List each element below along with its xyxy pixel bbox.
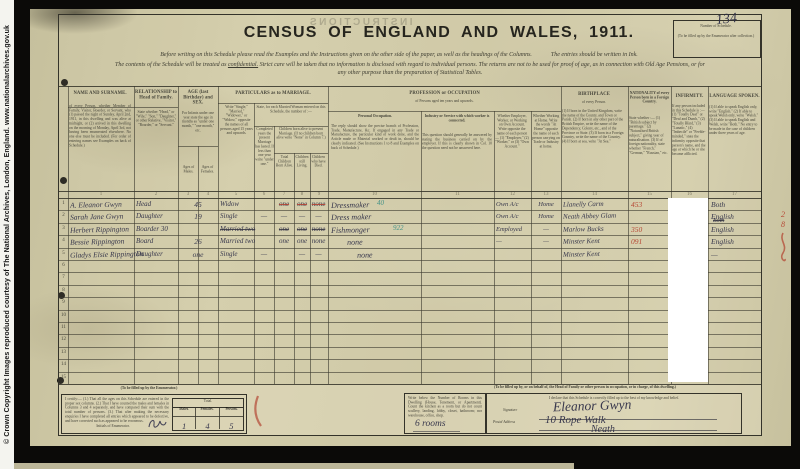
grid-row-line — [59, 372, 761, 373]
totals-val-males: 1 — [182, 421, 186, 431]
row-number: 6 — [59, 263, 68, 268]
grid-hline — [218, 103, 328, 104]
col-header-inf_note: If any person included in this Schedule … — [672, 104, 707, 189]
schedule-number-sublabel: (To be filled up by the Enumerator after… — [676, 34, 756, 38]
row-number: 8 — [59, 288, 68, 293]
cell-years: — — [255, 249, 273, 260]
totals-col-females: Females. — [196, 407, 218, 411]
paper-bottom-edge — [14, 463, 574, 469]
col-header-occ_personal_title: Personal Occupation. — [331, 114, 419, 123]
col-header-text: PROFESSION or OCCUPATION — [329, 90, 560, 95]
cell-occupation: Fishmonger — [331, 223, 423, 236]
row-number: 13 — [59, 350, 68, 355]
cell-age: 26 — [179, 236, 217, 247]
cell-born: one — [275, 199, 293, 210]
grid-row-line — [59, 260, 761, 261]
cell-name: Bessie Rippington — [70, 235, 134, 247]
col-header-text: LANGUAGE SPOKEN. — [709, 93, 760, 98]
col-header-text: The reply should show the precise branch… — [331, 124, 419, 150]
cell-died: none — [310, 224, 327, 235]
cell-birthplace: Neath Abbey Glam — [563, 211, 629, 223]
confidential-word: confidential. — [228, 62, 258, 68]
col-header-text: For Infants under one year state the age… — [179, 111, 217, 133]
col-header-text: Whether Working at Home. Write the words… — [532, 114, 560, 149]
col-header-nat_title: NATIONALITY of every Person born in a Fo… — [629, 91, 670, 115]
grid-row-line — [59, 285, 761, 286]
column-number: 17 — [730, 192, 740, 197]
col-header-text: (1) If able to speak English only, write… — [709, 105, 760, 136]
cell-birthplace: Marlow Bucks — [563, 223, 629, 235]
col-header-lang_note: (1) If able to speak English only, write… — [709, 105, 760, 189]
row-number: 7 — [59, 275, 68, 280]
cell-born: — — [275, 211, 293, 222]
column-number: 15 — [645, 192, 655, 197]
col-header-text: (1) If born in the United Kingdom, write… — [562, 109, 626, 144]
cell-marital: Married two — [220, 236, 264, 247]
cell-living: — — [295, 249, 309, 260]
cell-birthplace-code: 350 — [631, 224, 642, 235]
col-header-rel_note: State whether "Head," or "Wife," "Son," … — [135, 110, 177, 189]
col-header-text: AGE (last Birthday) and SEX. — [179, 89, 217, 105]
instruction-read: Before writing on this Schedule please r… — [160, 52, 532, 58]
totals-col-persons: Persons. — [220, 407, 243, 411]
col-header-text: Children born alive to present Marriage.… — [275, 127, 327, 140]
grid-row-line — [59, 359, 761, 360]
col-header-occ_industry_title: Industry or Service with which worker is… — [422, 114, 492, 132]
col-header-text: Ages of Females. — [198, 165, 217, 174]
grid-hline — [178, 146, 218, 147]
col-header-text: This question should generally be answer… — [422, 133, 492, 150]
cell-birthplace: Minster Kent — [563, 235, 629, 247]
column-number: 14 — [590, 192, 600, 197]
signature-value: Eleanor Gwyn — [553, 399, 632, 413]
col-header-birth_sub: of every Person. — [562, 100, 626, 108]
column-number: 9 — [314, 192, 324, 197]
column-number: 13 — [541, 192, 551, 197]
redaction-box — [668, 198, 708, 382]
col-header-occ_sub: of Persons aged ten years and upwards. — [329, 99, 560, 109]
column-number: 8 — [297, 192, 307, 197]
rooms-box: Write below the Number of Rooms in this … — [404, 393, 486, 434]
row-number: 11 — [59, 325, 68, 330]
rooms-value: 6 rooms — [413, 419, 460, 432]
cell-language: — — [711, 249, 759, 260]
totals-col-males: Males. — [173, 407, 195, 411]
cell-living: one — [295, 236, 309, 247]
row-number: 4 — [59, 238, 68, 243]
col-header-text: of Persons aged ten years and upwards. — [329, 99, 560, 103]
cell-employer: Own A/c — [496, 199, 530, 210]
cell-age: 19 — [179, 211, 217, 222]
col-header-birth_note: (1) If born in the United Kingdom, write… — [562, 109, 626, 189]
signature-label: Signature — [503, 408, 543, 412]
cell-living: one — [295, 199, 309, 210]
cell-occupation: Dress maker — [331, 210, 423, 223]
cell-born: one — [275, 224, 293, 235]
col-header-text: If any person included in this Schedule … — [672, 104, 707, 156]
grid-hline — [59, 191, 761, 192]
cell-language: English — [711, 224, 759, 235]
col-header-lang_title: LANGUAGE SPOKEN. — [709, 93, 760, 104]
cell-at_home: Home — [532, 199, 560, 210]
red-check-mark — [249, 394, 267, 430]
cell-employer: Own A/c — [496, 211, 530, 222]
cell-name: Herbert Rippington — [70, 223, 134, 235]
address-line — [539, 430, 717, 431]
instruction-line-2: The contents of the Schedule will be tre… — [115, 62, 705, 78]
col-header-age_note: For Infants under one year state the age… — [179, 111, 217, 145]
row-number: 3 — [59, 226, 68, 231]
row-number: 2 — [59, 213, 68, 218]
cell-age: 45 — [179, 199, 217, 210]
column-number: 2 — [151, 192, 161, 197]
cell-occupation: none — [331, 235, 439, 248]
totals-val-persons: 5 — [229, 421, 233, 431]
cell-employer: Employed — [496, 224, 530, 235]
column-number: 12 — [508, 192, 518, 197]
col-header-text: BIRTHPLACE — [562, 91, 626, 96]
col-header-age_m: Ages of Males. — [179, 165, 198, 190]
col-header-occ_home: Whether Working at Home. Write the words… — [532, 114, 560, 189]
col-header-rel_title: RELATIONSHIP to Head of Family. — [135, 89, 177, 109]
cell-relationship: Board — [136, 236, 182, 247]
column-number: 16 — [685, 192, 695, 197]
grid-hline — [328, 111, 561, 112]
col-header-text: State whether :— (1) "British subject by… — [629, 116, 670, 155]
cell-died: none — [310, 236, 327, 247]
row-number: 10 — [59, 313, 68, 318]
row-number: 15 — [59, 375, 68, 380]
cell-name: A. Eleanor Gwyn — [70, 198, 134, 210]
totals-val-females: 4 — [205, 421, 209, 431]
cell-at_home: — — [532, 236, 560, 247]
col-header-text: NAME AND SURNAME. — [69, 90, 131, 95]
cell-relationship: Daughter — [136, 249, 182, 260]
census-form: INSTRUCTIONS CENSUS OF ENGLAND AND WALES… — [58, 14, 762, 436]
cell-relationship: Daughter — [136, 211, 182, 222]
col-header-text: NATIONALITY of every Person born in a Fo… — [629, 91, 670, 104]
cell-name: Sarah Jane Gwyn — [70, 211, 134, 223]
row-number: 12 — [59, 337, 68, 342]
grid-hline — [274, 153, 328, 154]
grid-row-line — [59, 334, 761, 335]
cell-at_home: Home — [532, 211, 560, 222]
cell-occupation: none — [331, 247, 449, 261]
cell-name: Gladys Elsie Rippington — [70, 248, 134, 260]
column-number: 1 — [96, 192, 106, 197]
cell-died: — — [310, 211, 327, 222]
head-declaration-heading: (To be filled up by, or on behalf of, th… — [409, 385, 761, 389]
col-header-marr_years: Completed years the present Marriage has… — [255, 127, 274, 189]
margin-mark-2: 8 — [781, 219, 785, 230]
col-header-marr_children: Children born alive to present Marriage.… — [275, 127, 327, 153]
col-header-text: PARTICULARS as to MARRIAGE. — [219, 90, 327, 95]
grid-row-line — [59, 347, 761, 348]
cell-living: one — [295, 224, 309, 235]
col-header-text: Children who have Died. — [310, 155, 327, 168]
col-header-text: Write "Single," "Married," "Widower," or… — [220, 105, 253, 136]
cell-marital: Married two — [220, 224, 264, 235]
declaration-box: I declare that this Schedule is correctl… — [486, 393, 742, 434]
cell-died: — — [310, 249, 327, 260]
cell-language: Both — [711, 199, 759, 210]
col-header-text: State, for each Married Woman entered on… — [255, 105, 327, 114]
column-number: 7 — [279, 192, 289, 197]
col-header-died: Children who have Died. — [310, 155, 327, 189]
col-header-nat_note: State whether :— (1) "British subject by… — [629, 116, 670, 189]
grid-row-line — [59, 272, 761, 273]
cell-living: — — [295, 211, 309, 222]
cell-years: — — [255, 211, 273, 222]
rooms-note: Write below the Number of Rooms in this … — [408, 396, 482, 418]
col-header-text: Whether Employer, Worker, or Working on … — [495, 114, 529, 149]
page-title: CENSUS OF ENGLAND AND WALES, 1911. — [199, 24, 679, 42]
cell-died: none — [310, 199, 327, 210]
confidential-post: Strict care will be taken that no inform… — [258, 62, 705, 76]
col-header-text: Total Children Born Alive. — [275, 155, 294, 168]
col-header-occ_employer: Whether Employer, Worker, or Working on … — [495, 114, 529, 189]
totals-label: Total. — [173, 399, 243, 403]
col-header-birth_title: BIRTHPLACE — [562, 91, 626, 100]
cell-at_home: — — [532, 224, 560, 235]
column-number: 6 — [259, 192, 269, 197]
schedule-number-value: 134 — [715, 13, 737, 26]
col-header-text: Industry or Service with which worker is… — [422, 114, 492, 123]
col-header-text: State whether "Head," or "Wife," "Son," … — [135, 110, 177, 127]
enumerator-initials-scribble — [148, 417, 168, 431]
margin-red-squiggle — [777, 231, 791, 265]
cell-marital: Widow — [220, 199, 264, 210]
cell-relationship: Head — [136, 199, 182, 210]
col-header-inf_title: INFIRMITY. — [672, 93, 707, 103]
confidential-pre: The contents of the Schedule will be tre… — [115, 62, 228, 68]
cell-language: English — [711, 236, 759, 247]
col-header-age_title: AGE (last Birthday) and SEX. — [179, 89, 217, 111]
row-number: 14 — [59, 362, 68, 367]
col-header-text: Personal Occupation. — [331, 114, 419, 118]
col-header-text: of every Person, whether Member of Famil… — [69, 104, 131, 148]
grid-row-line — [59, 322, 761, 323]
address-value-2: Neath — [591, 424, 615, 435]
instruction-line-1: Before writing on this Schedule please r… — [79, 52, 719, 58]
col-header-occ_personal_note: The reply should show the precise branch… — [331, 124, 419, 189]
instruction-ink: The entries should be written in Ink. — [551, 52, 638, 58]
col-header-text: INFIRMITY. — [672, 93, 707, 98]
cell-birthplace: Minster Kent — [563, 248, 629, 260]
cell-relationship: Boarder 30 — [136, 224, 182, 235]
row-number: 1 — [59, 201, 68, 206]
cell-occ-code: 40 — [377, 198, 384, 209]
cell-age: one — [179, 249, 217, 260]
col-header-text: RELATIONSHIP to Head of Family. — [135, 89, 177, 99]
copyright-text: © Crown Copyright Images reproduced cour… — [1, 0, 14, 469]
col-header-age_f: Ages of Females. — [198, 165, 217, 190]
col-header-born: Total Children Born Alive. — [275, 155, 294, 189]
cell-birthplace-code: 453 — [631, 199, 642, 210]
column-number: 11 — [453, 192, 463, 197]
cell-occ-code: 922 — [393, 223, 404, 234]
totals-table: Total. Males. Females. Persons. 1 4 5 — [172, 398, 244, 431]
col-header-text: of every Person. — [562, 100, 626, 104]
column-number: 5 — [231, 192, 241, 197]
col-header-text: Children still Living. — [295, 155, 309, 168]
row-number: 9 — [59, 300, 68, 305]
grid-row-line — [59, 297, 761, 298]
enumerator-initials-label: Initials of Enumerator. — [80, 424, 146, 428]
col-header-marr_title: PARTICULARS as to MARRIAGE. — [219, 90, 327, 102]
col-header-text: Ages of Males. — [179, 165, 198, 174]
column-number: 3 — [183, 192, 193, 197]
copyright-strip: © Crown Copyright Images reproduced cour… — [0, 0, 14, 469]
census-scan: © Crown Copyright Images reproduced cour… — [0, 0, 800, 469]
col-header-marr_note: State, for each Married Woman entered on… — [255, 105, 327, 125]
col-header-name_note: of every Person, whether Member of Famil… — [69, 104, 131, 189]
cell-birthplace: Llanelly Carm — [563, 198, 629, 210]
col-header-occ_title: PROFESSION or OCCUPATION — [329, 90, 560, 99]
grid-hline — [59, 86, 761, 87]
enumerator-box: I certify:— (1.) That all the ages on th… — [61, 394, 247, 434]
row-number: 5 — [59, 251, 68, 256]
address-label: Postal Address — [493, 420, 539, 424]
cell-birthplace-code: 091 — [631, 236, 642, 247]
col-header-name_title: NAME AND SURNAME. — [69, 90, 131, 103]
col-header-marr_status: Write "Single," "Married," "Widower," or… — [220, 105, 253, 189]
col-header-text: Completed years the present Marriage has… — [255, 127, 274, 166]
column-number: 10 — [370, 192, 380, 197]
enumerator-heading: (To be filled up by the Enumerator.) — [64, 386, 234, 390]
col-header-living: Children still Living. — [295, 155, 309, 189]
grid-row-line — [59, 310, 761, 311]
cell-born: one — [275, 236, 293, 247]
col-header-occ_industry_note: This question should generally be answer… — [422, 133, 492, 189]
column-number: 4 — [203, 192, 213, 197]
cell-employer: — — [496, 236, 530, 247]
